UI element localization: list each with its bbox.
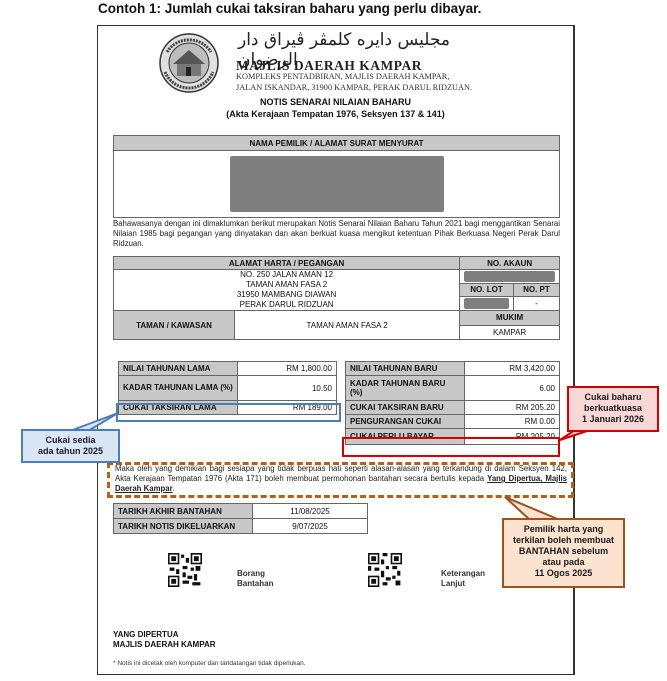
qr-label-line: Bantahan: [237, 579, 273, 589]
tax-payable-highlight: [342, 437, 560, 457]
callout-line: 11 Ogos 2025: [504, 568, 623, 579]
callout-line: terkilan boleh membuat: [504, 535, 623, 546]
objection-deadline-label: TARIKH AKHIR BANTAHAN: [114, 504, 253, 519]
tax-reduction-value: RM 0.00: [465, 415, 560, 429]
new-rate-value: 6.00: [465, 376, 560, 401]
signature-title: YANG DIPERTUA: [113, 630, 216, 640]
redacted-owner-name: [230, 156, 444, 212]
address-line: 31950 MAMBANG DIAWAN: [118, 290, 455, 300]
redacted-lot-number: [464, 298, 509, 309]
callout-line: 1 Januari 2026: [569, 414, 657, 425]
signature-org: MAJLIS DAERAH KAMPAR: [113, 640, 216, 650]
notice-title: NOTIS SENARAI NILAIAN BAHARU: [98, 97, 573, 109]
old-rate-value: 10.50: [238, 376, 337, 401]
old-annual-value-label: NILAI TAHUNAN LAMA: [119, 362, 238, 376]
qr-label-objection-form: Borang Bantahan: [237, 569, 273, 589]
signature-block: YANG DIPERTUA MAJLIS DAERAH KAMPAR: [113, 630, 216, 650]
mukim-value: KAMPAR: [460, 325, 560, 340]
notice-title-block: NOTIS SENARAI NILAIAN BAHARU (Akta Keraj…: [98, 97, 573, 120]
council-address: KOMPLEKS PENTADBIRAN, MAJLIS DAERAH KAMP…: [236, 72, 472, 93]
account-header: NO. AKAUN: [460, 257, 560, 270]
address-line-2: JALAN ISKANDAR, 31900 KAMPAR, PERAK DARU…: [236, 83, 472, 94]
qr-code-more-info-icon[interactable]: [368, 553, 402, 587]
lot-value: [460, 297, 514, 311]
taman-value: TAMAN AMAN FASA 2: [235, 311, 460, 340]
new-annual-value: RM 3,420.00: [465, 362, 560, 376]
intro-paragraph: Bahawasanya dengan ini dimaklumkan berik…: [113, 219, 560, 249]
callout-line: Cukai sedia: [23, 435, 118, 446]
address-line: PERAK DARUL RIDZUAN: [118, 300, 455, 310]
old-rate-label: KADAR TAHUNAN LAMA (%): [119, 376, 238, 401]
callout-line: BANTAHAN sebelum: [504, 546, 623, 557]
callout-line: Cukai baharu: [569, 392, 657, 403]
address-line-1: KOMPLEKS PENTADBIRAN, MAJLIS DAERAH KAMP…: [236, 72, 472, 83]
lot-header: NO. LOT: [460, 283, 514, 297]
account-value: [460, 270, 560, 284]
callout-line: ada tahun 2025: [23, 446, 118, 457]
mukim-header: MUKIM: [460, 311, 560, 326]
caption: Contoh 1: Jumlah cukai taksiran baharu y…: [98, 1, 481, 16]
pt-value: -: [513, 297, 559, 311]
pt-header: NO. PT: [513, 283, 559, 297]
owner-header: NAMA PEMILIK / ALAMAT SURAT MENYURAT: [114, 136, 560, 151]
callout-line: berkuatkuasa: [569, 403, 657, 414]
callout-objection: Pemilik harta yang terkilan boleh membua…: [502, 518, 625, 588]
property-address-header: ALAMAT HARTA / PEGANGAN: [114, 257, 460, 270]
callout-line: atau pada: [504, 557, 623, 568]
qr-label-more-info: Keterangan Lanjut: [441, 569, 485, 589]
notice-issued-label: TARIKH NOTIS DIKELUARKAN: [114, 519, 253, 534]
new-values-table: NILAI TAHUNAN BARURM 3,420.00 KADAR TAHU…: [345, 361, 560, 445]
owner-table: NAMA PEMILIK / ALAMAT SURAT MENYURAT: [113, 135, 560, 218]
council-logo-icon: [155, 32, 223, 94]
objection-highlight: [107, 462, 574, 498]
address-line: TAMAN AMAN FASA 2: [118, 280, 455, 290]
old-tax-highlight: [116, 403, 341, 422]
dates-table: TARIKH AKHIR BANTAHAN11/08/2025 TARIKH N…: [113, 503, 368, 534]
callout-existing-tax: Cukai sedia ada tahun 2025: [21, 429, 120, 463]
footnote: * Notis ini dicetak oleh komputer dan ta…: [113, 660, 306, 667]
new-annual-value-label: NILAI TAHUNAN BARU: [346, 362, 465, 376]
owner-cell: [114, 151, 560, 218]
property-table: ALAMAT HARTA / PEGANGAN NO. AKAUN NO. 25…: [113, 256, 560, 340]
taman-label: TAMAN / KAWASAN: [114, 311, 235, 340]
qr-label-line: Lanjut: [441, 579, 485, 589]
new-rate-label: KADAR TAHUNAN BARU (%): [346, 376, 465, 401]
qr-label-line: Keterangan: [441, 569, 485, 579]
qr-code-objection-form-icon[interactable]: [168, 553, 202, 587]
callout-line: Pemilik harta yang: [504, 524, 623, 535]
new-tax-label: CUKAI TAKSIRAN BARU: [346, 401, 465, 415]
notice-issued-value: 9/07/2025: [253, 519, 368, 534]
notice-subtitle: (Akta Kerajaan Tempatan 1976, Seksyen 13…: [98, 109, 573, 121]
old-annual-value: RM 1,800.00: [238, 362, 337, 376]
property-address: NO. 250 JALAN AMAN 12 TAMAN AMAN FASA 2 …: [114, 270, 460, 311]
qr-label-line: Borang: [237, 569, 273, 579]
redacted-account-number: [464, 271, 555, 282]
tax-reduction-label: PENGURANGAN CUKAI: [346, 415, 465, 429]
address-line: NO. 250 JALAN AMAN 12: [118, 270, 455, 280]
objection-deadline-value: 11/08/2025: [253, 504, 368, 519]
new-tax-value: RM 205.20: [465, 401, 560, 415]
callout-new-tax: Cukai baharu berkuatkuasa 1 Januari 2026: [567, 386, 659, 432]
